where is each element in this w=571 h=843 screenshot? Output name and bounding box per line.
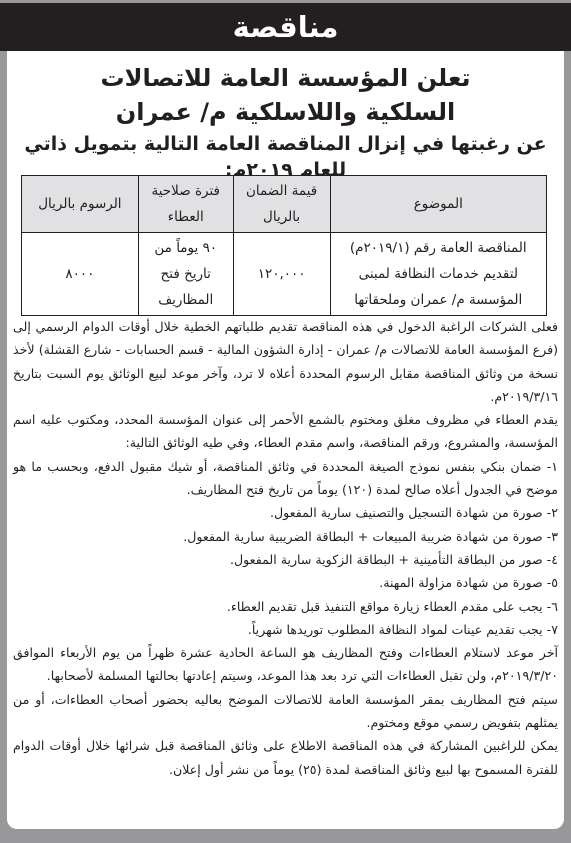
requirement-item: ٣- صورة من شهادة ضريبة المبيعات + البطاق… (13, 525, 558, 548)
column-header-guarantee: قيمة الضمان بالريال (233, 176, 330, 233)
cell-validity-period: ٩٠ يوماً من تاريخ فتح المظاريف (138, 233, 233, 316)
column-header-validity: فترة صلاحية العطاء (138, 176, 233, 233)
cell-fees: ٨٠٠٠ (22, 233, 139, 316)
paragraph-deadline: آخر موعد لاستلام العطاءات وفتح المظاريف … (13, 641, 558, 688)
announcement-line-2: السلكية واللاسلكية م/ عمران (7, 95, 564, 129)
cell-subject: المناقصة العامة رقم (٢٠١٩/١م) لتقديم خدم… (330, 233, 546, 316)
table-header-row: الموضوع قيمة الضمان بالريال فترة صلاحية … (22, 176, 547, 233)
column-header-subject: الموضوع (330, 176, 546, 233)
paragraph-review: يمكن للراغبين المشاركة في هذه المناقصة ا… (13, 734, 558, 781)
table-row: المناقصة العامة رقم (٢٠١٩/١م) لتقديم خدم… (22, 233, 547, 316)
cell-guarantee-value: ١٢٠,٠٠٠ (233, 233, 330, 316)
paragraph-submission: يقدم العطاء في مظروف مغلق ومختوم بالشمع … (13, 408, 558, 455)
requirement-item: ١- ضمان بنكي بنفس نموذج الصيغة المحددة ف… (13, 455, 558, 502)
header-bar: مناقصة (0, 3, 571, 51)
requirements-list: ١- ضمان بنكي بنفس نموذج الصيغة المحددة ف… (13, 455, 558, 641)
requirement-item: ٢- صورة من شهادة التسجيل والتصنيف سارية … (13, 501, 558, 524)
requirement-item: ٧- يجب تقديم عينات لمواد النظافة المطلوب… (13, 618, 558, 641)
requirement-item: ٦- يجب على مقدم العطاء زيارة مواقع التنف… (13, 595, 558, 618)
announcement-line-1: تعلن المؤسسة العامة للاتصالات (7, 61, 564, 95)
requirement-item: ٥- صورة من شهادة مزاولة المهنة. (13, 571, 558, 594)
header-title: مناقصة (233, 13, 339, 42)
notice-body: تعلن المؤسسة العامة للاتصالات السلكية وا… (7, 51, 564, 829)
tender-table: الموضوع قيمة الضمان بالريال فترة صلاحية … (21, 175, 547, 316)
announcement-heading: تعلن المؤسسة العامة للاتصالات السلكية وا… (7, 61, 564, 183)
notice-text: فعلى الشركات الراغبة الدخول في هذه المنا… (13, 315, 558, 781)
column-header-fees: الرسوم بالريال (22, 176, 139, 233)
requirement-item: ٤- صور من البطاقة التأمينية + البطاقة ال… (13, 548, 558, 571)
paragraph-opening: سيتم فتح المظاريف بمقر المؤسسة العامة لل… (13, 688, 558, 735)
paragraph-documents-purchase: فعلى الشركات الراغبة الدخول في هذه المنا… (13, 315, 558, 408)
